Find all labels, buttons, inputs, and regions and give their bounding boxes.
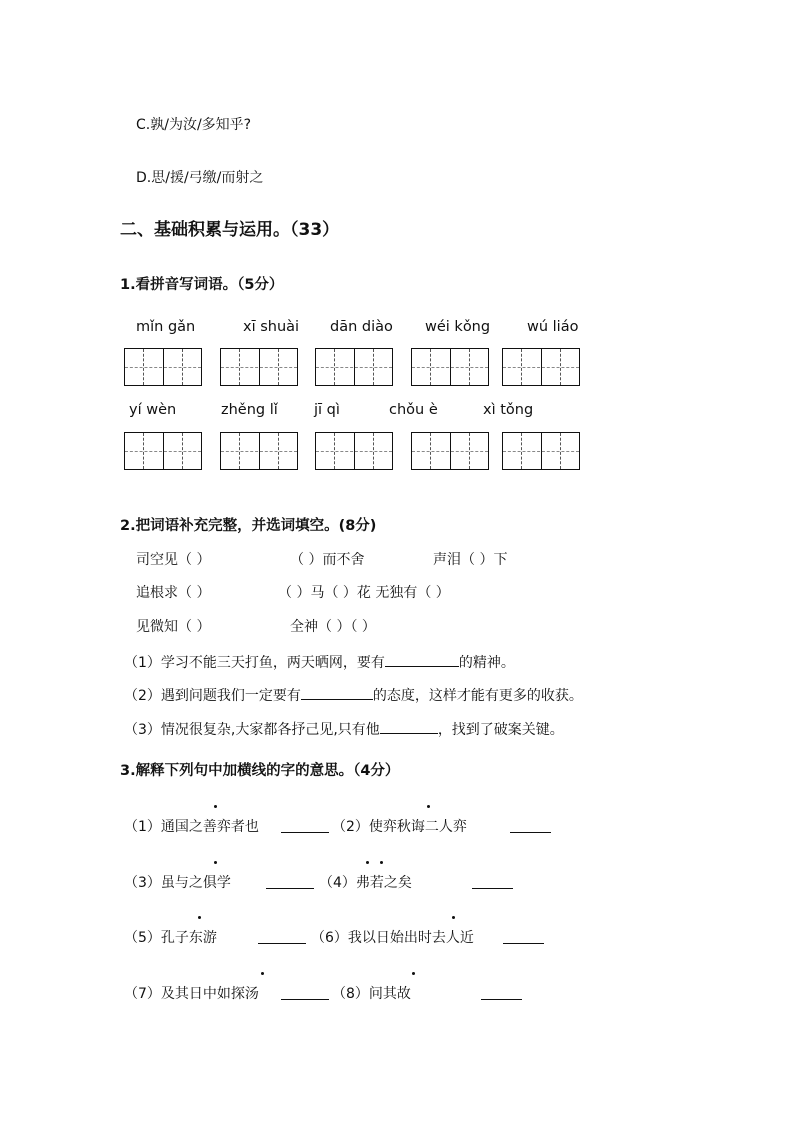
q3-answer-blank-5[interactable] (258, 929, 306, 944)
emphasis-dot (412, 972, 415, 975)
emphasis-dot (198, 916, 201, 919)
idiom-5: （ ）马（ ）花 无独有（ ） (278, 584, 450, 602)
writing-grid-5[interactable] (502, 348, 580, 386)
section-title: 二、基础积累与运用。（33） (120, 219, 339, 241)
q3-item-5: （5）孔子东游 (124, 929, 217, 947)
q3-item-8: （8）问其故 (332, 985, 411, 1003)
idiom-6: 见微知（ ） (136, 618, 210, 636)
idiom-2: （ ）而不舍 (290, 551, 364, 569)
answer-blank-2[interactable] (301, 685, 373, 700)
sentence-3-prefix: （3）情况很复杂,大家都各抒己见,只有他 (124, 722, 380, 738)
answer-blank-1[interactable] (385, 652, 459, 667)
sentence-1-suffix: 的精神。 (459, 655, 515, 671)
idiom-3: 声泪（ ）下 (433, 551, 507, 569)
q3-answer-blank-3[interactable] (266, 874, 314, 889)
emphasis-dot (427, 805, 430, 808)
pinyin-10: xì tǒng (483, 401, 533, 419)
writing-grid-2[interactable] (220, 348, 298, 386)
q3-answer-blank-2[interactable] (510, 818, 551, 833)
q3-item-4: （4）弗若之矣 (319, 874, 412, 892)
writing-grid-10[interactable] (502, 432, 580, 470)
emphasis-dot (452, 916, 455, 919)
pinyin-6: yí wèn (129, 401, 176, 419)
writing-grid-1[interactable] (124, 348, 202, 386)
emphasis-dot (261, 972, 264, 975)
pinyin-7: zhěng lǐ (221, 401, 278, 419)
fill-sentence-3: （3）情况很复杂,大家都各抒己见,只有他，找到了破案关键。 (124, 719, 564, 739)
sentence-2-prefix: （2）遇到问题我们一定要有 (124, 688, 301, 704)
emphasis-dot (214, 805, 217, 808)
q3-item-7: （7）及其日中如探汤 (124, 985, 259, 1003)
emphasis-dot (366, 861, 369, 864)
pinyin-8: jī qì (314, 401, 340, 419)
writing-grid-9[interactable] (411, 432, 489, 470)
q3-answer-blank-1[interactable] (281, 818, 329, 833)
option-c: C.孰/为汝/多知乎? (136, 116, 251, 134)
idiom-4: 追根求（ ） (136, 584, 210, 602)
q3-answer-blank-4[interactable] (472, 874, 513, 889)
fill-sentence-1: （1）学习不能三天打鱼，两天晒网，要有的精神。 (124, 652, 515, 672)
q3-item-2: （2）使弈秋诲二人弈 (332, 818, 467, 836)
q1-title: 1.看拼音写词语。（5分） (120, 276, 283, 294)
idiom-7: 全神（ ）（ ） (290, 618, 376, 636)
q2-title: 2.把词语补充完整，并选词填空。(8分) (120, 517, 376, 535)
pinyin-4: wéi kǒng (425, 318, 490, 336)
pinyin-5: wú liáo (527, 318, 578, 336)
writing-grid-3[interactable] (315, 348, 393, 386)
sentence-2-suffix: 的态度，这样才能有更多的收获。 (373, 688, 583, 704)
q3-item-3: （3）虽与之俱学 (124, 874, 231, 892)
option-d: D.思/援/弓缴/而射之 (136, 169, 263, 187)
emphasis-dot (214, 861, 217, 864)
q3-answer-blank-7[interactable] (281, 985, 329, 1000)
answer-blank-3[interactable] (380, 719, 438, 734)
writing-grid-7[interactable] (220, 432, 298, 470)
writing-grid-4[interactable] (411, 348, 489, 386)
pinyin-2: xī shuài (243, 318, 299, 336)
q3-item-6: （6）我以日始出时去人近 (311, 929, 474, 947)
pinyin-1: mǐn gǎn (136, 318, 195, 336)
pinyin-3: dān diào (330, 318, 393, 336)
emphasis-dot (380, 861, 383, 864)
sentence-3-suffix: ，找到了破案关键。 (438, 722, 564, 738)
q3-answer-blank-8[interactable] (481, 985, 522, 1000)
idiom-1: 司空见（ ） (136, 551, 210, 569)
writing-grid-6[interactable] (124, 432, 202, 470)
writing-grid-8[interactable] (315, 432, 393, 470)
fill-sentence-2: （2）遇到问题我们一定要有的态度，这样才能有更多的收获。 (124, 685, 583, 705)
q3-item-1: （1）通国之善弈者也 (124, 818, 259, 836)
q3-title: 3.解释下列句中加横线的字的意思。（4分） (120, 762, 399, 780)
q3-answer-blank-6[interactable] (503, 929, 544, 944)
sentence-1-prefix: （1）学习不能三天打鱼，两天晒网，要有 (124, 655, 385, 671)
pinyin-9: chǒu è (389, 401, 438, 419)
